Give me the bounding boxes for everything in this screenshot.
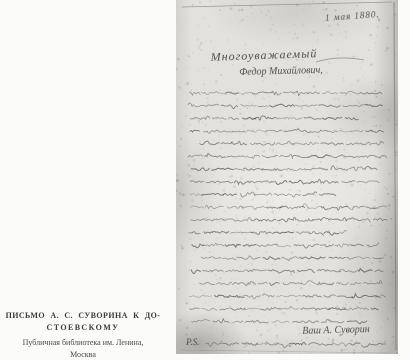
- letter-photograph: 1 мая 1880. Многоуважаемый Федор Михайло…: [176, 0, 398, 354]
- caption-source-line2: Москва: [4, 350, 162, 359]
- caption-title-line1: ПИСЬМО А. С. СУВОРИНА К ДО-: [4, 311, 162, 320]
- letter-postscript-label: P.S.: [186, 337, 199, 347]
- book-page: 1 мая 1880. Многоуважаемый Федор Михайло…: [0, 0, 410, 360]
- plate-caption: ПИСЬМО А. С. СУВОРИНА К ДО- СТОЕВСКОМУ П…: [4, 311, 162, 359]
- caption-title-line2: СТОЕВСКОМУ: [4, 323, 162, 332]
- caption-source-line1: Публичная библиотека им. Ленина,: [4, 338, 162, 347]
